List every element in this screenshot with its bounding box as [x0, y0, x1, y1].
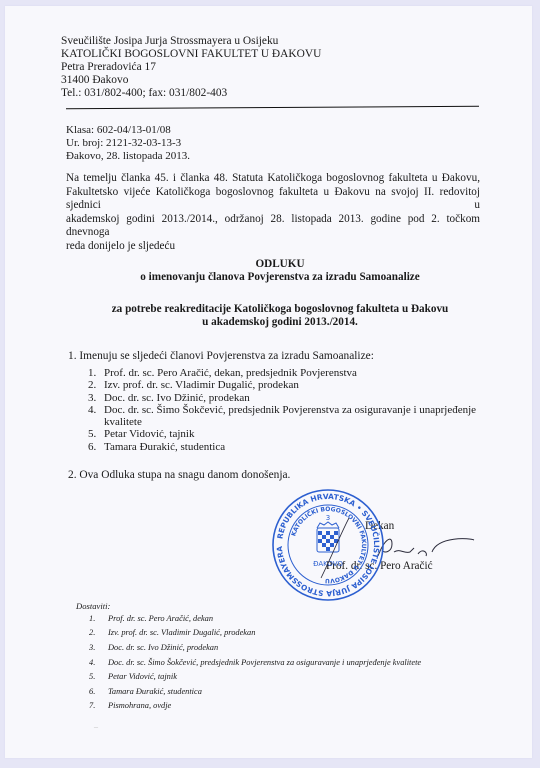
trailing-dash: – [94, 722, 98, 731]
preamble-line: reda donijelo je sljedeću [66, 240, 480, 254]
member-item: 4.Doc. dr. sc. Šimo Šokčević, predsjedni… [88, 404, 488, 429]
list-number: 6. [89, 687, 108, 696]
list-text: Doc. dr. sc. Šimo Šokčević, predsjednik … [104, 404, 488, 429]
list-text: Petar Vidović, tajnik [108, 672, 177, 681]
list-number: 3. [88, 392, 104, 404]
decision-purpose-2: u akademskoj godini 2013./2014. [60, 316, 500, 329]
list-text: Pismohrana, ovdje [108, 701, 171, 710]
list-text: Prof. dr. sc. Pero Aračić, dekan, predsj… [104, 367, 357, 379]
list-number: 2. [89, 628, 108, 637]
list-number: 2. [88, 379, 104, 391]
member-item: 6.Tamara Đurakić, studentica [88, 441, 488, 453]
member-list: 1.Prof. dr. sc. Pero Aračić, dekan, pred… [88, 367, 488, 453]
list-text: Izv. prof. dr. sc. Vladimir Dugalić, pro… [104, 379, 299, 391]
decision-subtitle: o imenovanju članova Povjerenstva za izr… [60, 271, 500, 284]
list-number: 3. [89, 643, 108, 652]
faculty-name: KATOLIČKI BOGOSLOVNI FAKULTET U ĐAKOVU [61, 48, 321, 61]
decision-title: ODLUKU [60, 258, 500, 271]
city-address: 31400 Đakovo [61, 74, 128, 87]
section-1-text: 1. Imenuju se sljedeći članovi Povjerens… [68, 350, 374, 362]
distribution-item: 4.Doc. dr. sc. Šimo Šokčević, predsjedni… [89, 655, 421, 670]
list-text: Prof. dr. sc. Pero Aračić, dekan [108, 614, 213, 623]
distribution-item: 3.Doc. dr. sc. Ivo Džinić, prodekan [89, 640, 421, 655]
klasa: Klasa: 602-04/13-01/08 [66, 124, 171, 137]
list-text: Doc. dr. sc. Ivo Džinić, prodekan [108, 643, 218, 652]
list-text: Doc. dr. sc. Ivo Džinić, prodekan [104, 392, 250, 404]
svg-text:3: 3 [326, 514, 330, 522]
list-number: 4. [88, 404, 104, 429]
svg-text:ĐAKOVO: ĐAKOVO [313, 560, 343, 568]
ur-broj: Ur. broj: 2121-32-03-13-3 [66, 137, 181, 150]
section-2-text: 2. Ova Odluka stupa na snagu danom donoš… [68, 469, 290, 481]
list-number: 6. [88, 441, 104, 453]
preamble-line: Fakultetsko vijeće Katoličkoga bogoslovn… [66, 186, 480, 213]
distribution-item: 5.Petar Vidović, tajnik [89, 669, 421, 684]
list-text: Izv. prof. dr. sc. Vladimir Dugalić, pro… [108, 628, 255, 637]
preamble-paragraph: Na temelju članka 45. i članka 48. Statu… [66, 172, 480, 254]
member-item: 2.Izv. prof. dr. sc. Vladimir Dugalić, p… [88, 379, 488, 391]
distribution-label: Dostaviti: [76, 601, 110, 611]
member-item: 5.Petar Vidović, tajnik [88, 428, 488, 440]
official-stamp: REPUBLIKA HRVATSKA • SVEUČILIŠTE JOSIPA … [271, 488, 385, 602]
list-text: Doc. dr. sc. Šimo Šokčević, predsjednik … [108, 658, 421, 667]
university-name: Sveučilište Josipa Jurja Strossmayera u … [61, 35, 278, 48]
list-number: 4. [89, 658, 108, 667]
list-text: Petar Vidović, tajnik [104, 428, 194, 440]
list-number: 5. [89, 672, 108, 681]
place-date: Đakovo, 28. listopada 2013. [66, 150, 190, 163]
preamble-line: Na temelju članka 45. i članka 48. Statu… [66, 172, 480, 186]
distribution-item: 1.Prof. dr. sc. Pero Aračić, dekan [89, 611, 421, 626]
member-item: 1.Prof. dr. sc. Pero Aračić, dekan, pred… [88, 367, 488, 379]
distribution-item: 2.Izv. prof. dr. sc. Vladimir Dugalić, p… [89, 626, 421, 641]
list-number: 5. [88, 428, 104, 440]
decision-purpose-1: za potrebe reakreditacije Katoličkoga bo… [60, 303, 500, 316]
list-number: 1. [89, 614, 108, 623]
list-number: 1. [88, 367, 104, 379]
contact-info: Tel.: 031/802-400; fax: 031/802-403 [61, 87, 227, 100]
street-address: Petra Preradovića 17 [61, 61, 156, 74]
list-text: Tamara Đurakić, studentica [108, 687, 202, 696]
preamble-line: akademskoj godini 2013./2014., održanoj … [66, 213, 480, 240]
list-number: 7. [89, 701, 108, 710]
list-text: Tamara Đurakić, studentica [104, 441, 225, 453]
distribution-list: 1.Prof. dr. sc. Pero Aračić, dekan2.Izv.… [89, 611, 421, 713]
distribution-item: 6.Tamara Đurakić, studentica [89, 684, 421, 699]
handwritten-signature [370, 530, 480, 560]
member-item: 3.Doc. dr. sc. Ivo Džinić, prodekan [88, 392, 488, 404]
distribution-item: 7.Pismohrana, ovdje [89, 699, 421, 714]
